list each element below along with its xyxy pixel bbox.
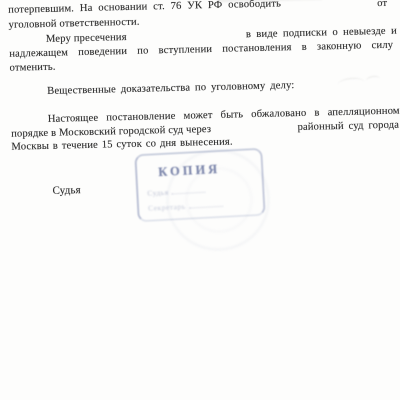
measure-line1-left: Меру пресечения	[46, 32, 127, 45]
scanned-document-page: от потерпевшим. На основании ст. 76 УК Р…	[0, 0, 400, 400]
copy-stamp-title: КОПИЯ	[158, 162, 221, 180]
copy-stamp: КОПИЯ Судья Секретарь	[134, 148, 265, 223]
appeal-line2-right: районный суд города	[297, 119, 399, 132]
copy-stamp-judge-line: Судья	[147, 185, 206, 198]
continuation-fragment: от	[377, 0, 387, 9]
stamp-dotted-line	[188, 199, 222, 209]
paragraph-evidence-line1: Вещественные доказательства по уголовном…	[47, 80, 295, 97]
measure-line1-right: в виде подписки о невыезде и	[246, 25, 397, 40]
stamp-dotted-line	[171, 185, 205, 195]
judge-signature-label: Судья	[52, 185, 81, 197]
paragraph-release-line1: потерпевшим. На основании ст. 76 УК РФ о…	[8, 0, 281, 16]
copy-stamp-secretary-label: Секретарь	[148, 202, 186, 213]
paragraph-release-line2: уголовной ответственности.	[8, 16, 139, 30]
copy-stamp-secretary-line: Секретарь	[148, 199, 223, 213]
paragraph-measure-line3: отменить.	[9, 62, 55, 74]
copy-stamp-judge-label: Судья	[147, 188, 169, 198]
